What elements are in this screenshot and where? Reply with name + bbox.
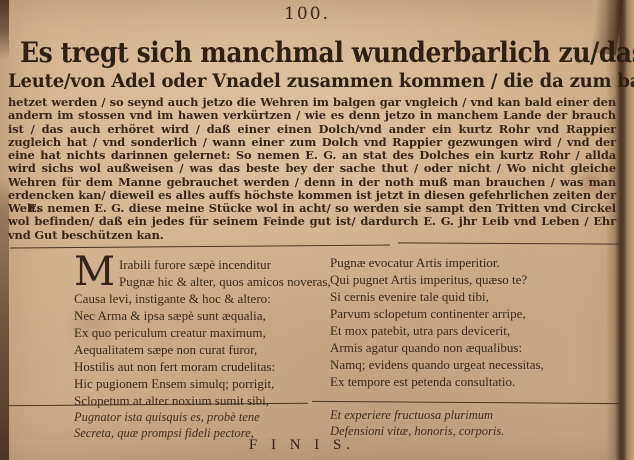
finis-label: F I N I S. — [0, 437, 604, 454]
scanned-book-page: 100. Es tregt sich manchmal wunderbarlic… — [0, 0, 634, 460]
verse-line: Et mox patebit, utra pars devicerit, — [330, 322, 612, 339]
body-paragraph-2: Es nemen E. G. diese meine Stücke wol in… — [8, 202, 616, 242]
verse-line: Causa levi, instigante & hoc & altero: — [74, 290, 324, 307]
drop-cap-initial: M — [74, 256, 119, 289]
divider-rule-bottom-right — [312, 401, 620, 404]
footer-verse-right: Et experiere fructuosa plurimum Defensio… — [330, 408, 504, 439]
footer-line: Et experiere fructuosa plurimum — [330, 408, 504, 424]
verse-line: Parvum sclopetum continenter arripe, — [330, 305, 612, 322]
verse-line: Namq; evidens quando urgeat necessitas, — [330, 356, 612, 373]
verse-line: Hostilis aut non fert moram crudelitas: — [74, 358, 324, 375]
verse-line: Si cernis evenire tale quid tibi, — [330, 288, 612, 305]
body-paragraph-1: hetzet werden / so seynd auch jetzo die … — [8, 96, 616, 216]
verse-line: Ex tempore est petenda consultatio. — [330, 373, 612, 390]
headline-line1: Es tregt sich manchmal wunderbarlich zu/… — [20, 36, 616, 68]
divider-rule-top-right — [398, 242, 620, 244]
page-number: 100. — [0, 4, 614, 24]
latin-verse-right-column: Pugnæ evocatur Artis imperitior. Qui pug… — [330, 254, 612, 390]
divider-rule-top-left — [10, 245, 390, 249]
verse-line: Sclopetum at alter noxium sumit sibi, — [74, 392, 324, 409]
verse-line: Aequalitatem sæpe non curat furor, — [74, 341, 324, 358]
verse-line: Hic pugionem Ensem simulq; porrigit, — [74, 375, 324, 392]
verse-line: Pugnæ evocatur Artis imperitior. — [330, 254, 612, 271]
verse-line: Qui pugnet Artis imperitus, quæso te? — [330, 271, 612, 288]
latin-verse-left-column: M Irabili furore sæpè incenditur Pugnæ h… — [74, 256, 324, 409]
footer-line: Pugnator ista quisquis es, probè tene — [74, 410, 260, 426]
verse-line: Ex quo periculum creatur maximum, — [74, 324, 324, 341]
verse-line: Nec Arma & ipsa sæpè sunt æqualia, — [74, 307, 324, 324]
verse-line: Armis agatur quando non æqualibus: — [330, 339, 612, 356]
headline-line2: Leute/von Adel oder Vnadel zusammen komm… — [8, 70, 618, 92]
